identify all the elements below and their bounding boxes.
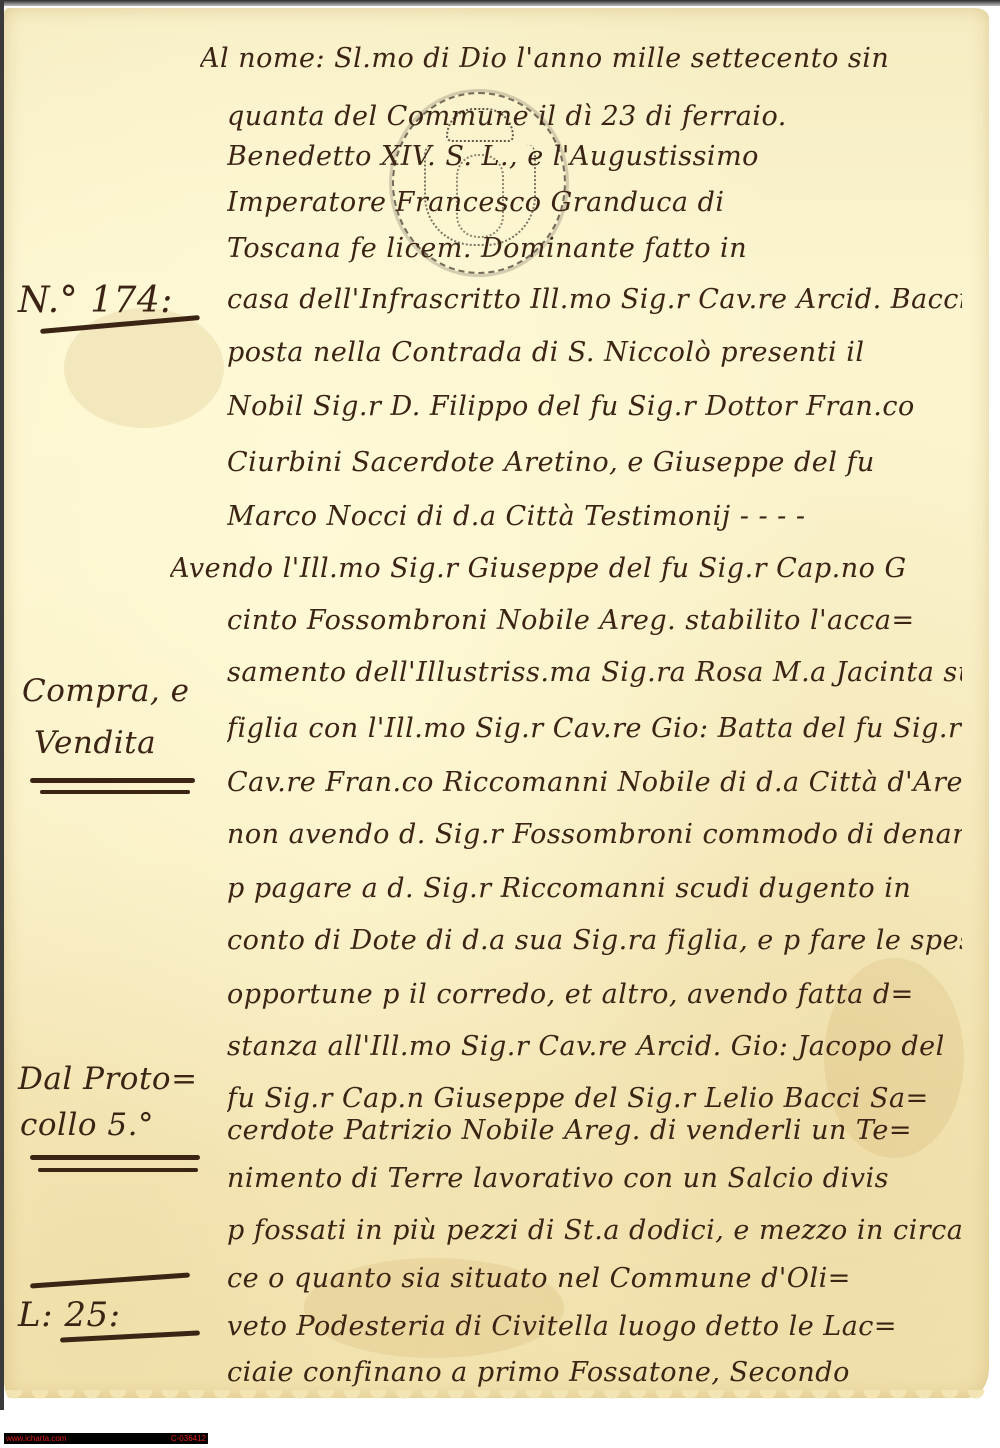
text-line: figlia con l'Ill.mo Sig.r Cav.re Gio: Ba… (227, 712, 962, 746)
text-line: quanta del Commune il dì 23 di ferraio. (227, 100, 962, 134)
watermark-code: C-036412 (171, 1433, 206, 1444)
text-line: Cav.re Fran.co Riccomanni Nobile di d.a … (227, 766, 962, 800)
text-line: posta nella Contrada di S. Niccolò prese… (227, 336, 962, 370)
text-line: ce o quanto sia situato nel Commune d'Ol… (227, 1262, 962, 1296)
text-line: nimento di Terre lavorativo con un Salci… (227, 1162, 962, 1196)
text-line: ciaie confinano a primo Fossatone, Secon… (227, 1356, 962, 1390)
underline-flourish (30, 1155, 200, 1160)
text-line: Nobil Sig.r D. Filippo del fu Sig.r Dott… (227, 390, 962, 424)
text-line: veto Podesteria di Civitella luogo detto… (227, 1310, 962, 1344)
margin-document-number: N.° 174: (18, 282, 173, 320)
text-line: Al nome: Sl.mo di Dio l'anno mille sette… (200, 42, 935, 76)
underline-flourish (30, 778, 195, 783)
underline-flourish (40, 790, 190, 794)
text-line: Imperatore Francesco Granduca di (227, 186, 962, 220)
text-line: p pagare a d. Sig.r Riccomanni scudi dug… (227, 872, 962, 906)
watermark-site: www.icharta.com (6, 1433, 66, 1444)
margin-protocol-line1: Dal Proto= (18, 1060, 198, 1098)
text-line: Ciurbini Sacerdote Aretino, e Giuseppe d… (227, 446, 962, 480)
text-line: p fossati in più pezzi di St.a dodici, e… (227, 1214, 962, 1248)
text-line: Benedetto XIV. S. L., e l'Augustissimo (227, 140, 962, 174)
text-line: stanza all'Ill.mo Sig.r Cav.re Arcid. Gi… (227, 1030, 962, 1064)
text-line: cerdote Patrizio Nobile Areg. di venderl… (227, 1114, 962, 1148)
scan-top-edge (0, 0, 1000, 6)
text-line: opportune p il corredo, et altro, avendo… (227, 978, 962, 1012)
text-line: fu Sig.r Cap.n Giuseppe del Sig.r Lelio … (227, 1082, 962, 1116)
margin-price: L: 25: (18, 1296, 121, 1334)
text-line: Toscana fe licem. Dominante fatto in (227, 232, 962, 266)
text-line: samento dell'Illustriss.ma Sig.ra Rosa M… (227, 656, 962, 690)
text-line: Marco Nocci di d.a Città Testimonij - - … (227, 500, 962, 534)
text-line: Avendo l'Ill.mo Sig.r Giuseppe del fu Si… (170, 552, 905, 586)
margin-title-line1: Compra, e (22, 672, 189, 710)
text-line: non avendo d. Sig.r Fossombroni commodo … (227, 818, 962, 852)
margin-protocol-line2: collo 5.° (20, 1106, 154, 1144)
watermark-strip: www.icharta.com C-036412 (4, 1433, 208, 1444)
underline-flourish (38, 1168, 198, 1172)
margin-title-line2: Vendita (34, 724, 156, 762)
text-line: casa dell'Infrascritto Ill.mo Sig.r Cav.… (227, 283, 962, 317)
text-line: conto di Dote di d.a sua Sig.ra figlia, … (227, 924, 962, 958)
text-line: cinto Fossombroni Nobile Areg. stabilito… (227, 604, 962, 638)
